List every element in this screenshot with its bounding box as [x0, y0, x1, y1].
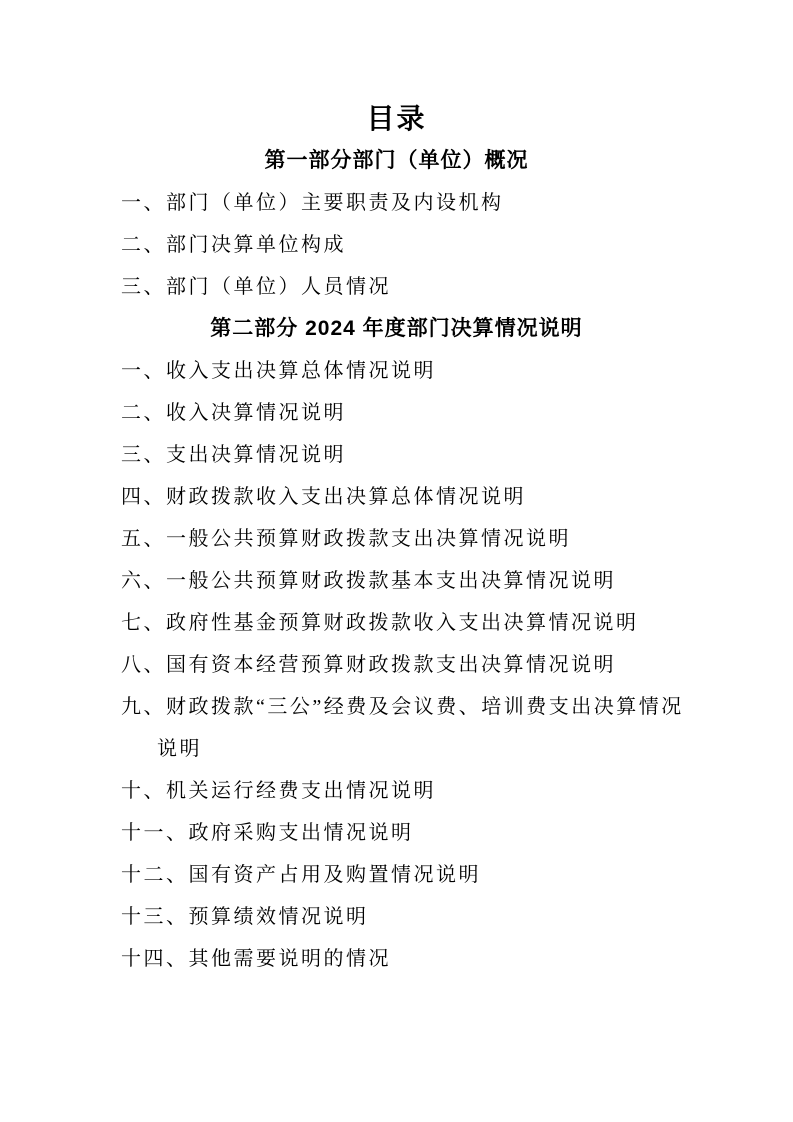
toc-item: 一、部门（单位）主要职责及内设机构 — [0, 182, 793, 224]
section-heading: 第二部分 2024 年度部门决算情况说明 — [0, 308, 793, 350]
toc-item: 三、部门（单位）人员情况 — [0, 266, 793, 308]
toc-item: 九、财政拨款“三公”经费及会议费、培训费支出决算情况 — [0, 686, 793, 728]
toc-item: 四、财政拨款收入支出决算总体情况说明 — [0, 476, 793, 518]
section-heading: 第一部分部门（单位）概况 — [0, 140, 793, 182]
document-title: 目录 — [0, 98, 793, 140]
toc-item: 五、一般公共预算财政拨款支出决算情况说明 — [0, 518, 793, 560]
toc-item: 二、部门决算单位构成 — [0, 224, 793, 266]
toc-item: 十一、政府采购支出情况说明 — [0, 812, 793, 854]
toc-item: 十、机关运行经费支出情况说明 — [0, 770, 793, 812]
toc-item: 七、政府性基金预算财政拨款收入支出决算情况说明 — [0, 602, 793, 644]
toc-item: 一、收入支出决算总体情况说明 — [0, 350, 793, 392]
toc-sections: 第一部分部门（单位）概况一、部门（单位）主要职责及内设机构二、部门决算单位构成三… — [0, 140, 793, 980]
toc-item-continuation: 说明 — [0, 728, 793, 770]
document-page: 目录 第一部分部门（单位）概况一、部门（单位）主要职责及内设机构二、部门决算单位… — [0, 0, 793, 1122]
toc-item: 十三、预算绩效情况说明 — [0, 896, 793, 938]
toc-item: 十二、国有资产占用及购置情况说明 — [0, 854, 793, 896]
toc-item: 三、支出决算情况说明 — [0, 434, 793, 476]
toc-item: 十四、其他需要说明的情况 — [0, 938, 793, 980]
toc-item: 二、收入决算情况说明 — [0, 392, 793, 434]
toc-item: 六、一般公共预算财政拨款基本支出决算情况说明 — [0, 560, 793, 602]
toc-item: 八、国有资本经营预算财政拨款支出决算情况说明 — [0, 644, 793, 686]
